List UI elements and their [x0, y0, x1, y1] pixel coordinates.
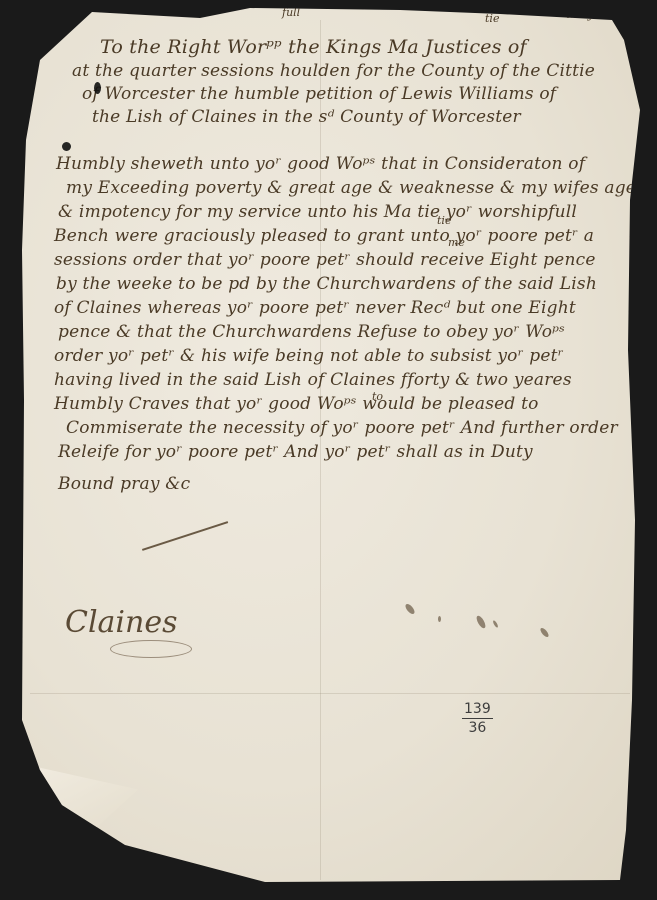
text-line: & impotency for my service unto his Ma t… — [58, 202, 577, 222]
closing-stroke — [142, 521, 228, 550]
ink-blot — [475, 614, 487, 629]
text-line: pence & that the Churchwardens Refuse to… — [58, 322, 565, 342]
text-line: Bench were graciously pleased to grant u… — [54, 226, 594, 246]
text-line: sessions order that yoʳ poore petʳ shoul… — [54, 250, 596, 270]
text-line: by the weeke to be pd by the Churchwarde… — [56, 274, 597, 294]
interlineation-tie: tie — [485, 12, 499, 25]
manuscript-page: full tie the yeare tie me to To the Righ… — [0, 0, 657, 900]
text-line: Humbly sheweth unto yoʳ good Woᵖˢ that i… — [56, 154, 585, 174]
text-line: To the Right Worᵖᵖ the Kings Ma Justices… — [100, 36, 527, 58]
archive-ref-denominator: 36 — [468, 720, 486, 736]
archive-ref-numerator: 139 — [462, 700, 493, 719]
horizontal-fold-crease — [30, 693, 630, 694]
archive-reference: 139 36 — [462, 700, 493, 737]
text-line: having lived in the said Lish of Claines… — [54, 370, 572, 390]
text-line: Releife for yoʳ poore petʳ And yoʳ petʳ … — [58, 442, 533, 462]
interlineation-the-yeare: the yeare — [566, 8, 619, 21]
interlineation-full: full — [282, 6, 300, 19]
text-line: Humbly Craves that yoʳ good Woᵖˢ would b… — [54, 394, 539, 414]
hole — [94, 82, 101, 94]
text-line: Bound pray &c — [58, 474, 190, 494]
hole — [62, 142, 71, 151]
folded-corner — [28, 765, 138, 835]
text-line: Commiserate the necessity of yoʳ poore p… — [66, 418, 618, 438]
signature: Claines — [65, 605, 178, 640]
text-line: order yoʳ petʳ & his wife being not able… — [54, 346, 564, 366]
signature-flourish — [110, 640, 192, 658]
ink-blot — [539, 627, 550, 639]
ink-blot — [438, 616, 441, 622]
ink-blot — [492, 620, 499, 628]
text-line: my Exceeding poverty & great age & weakn… — [66, 178, 636, 198]
text-line: of Worcester the humble petition of Lewi… — [82, 84, 556, 104]
text-line: the Lish of Claines in the sᵈ County of … — [92, 107, 521, 127]
ink-blot — [404, 602, 416, 615]
text-line: of Claines whereas yoʳ poore petʳ never … — [54, 298, 576, 318]
text-line: at the quarter sessions houlden for the … — [72, 61, 595, 81]
